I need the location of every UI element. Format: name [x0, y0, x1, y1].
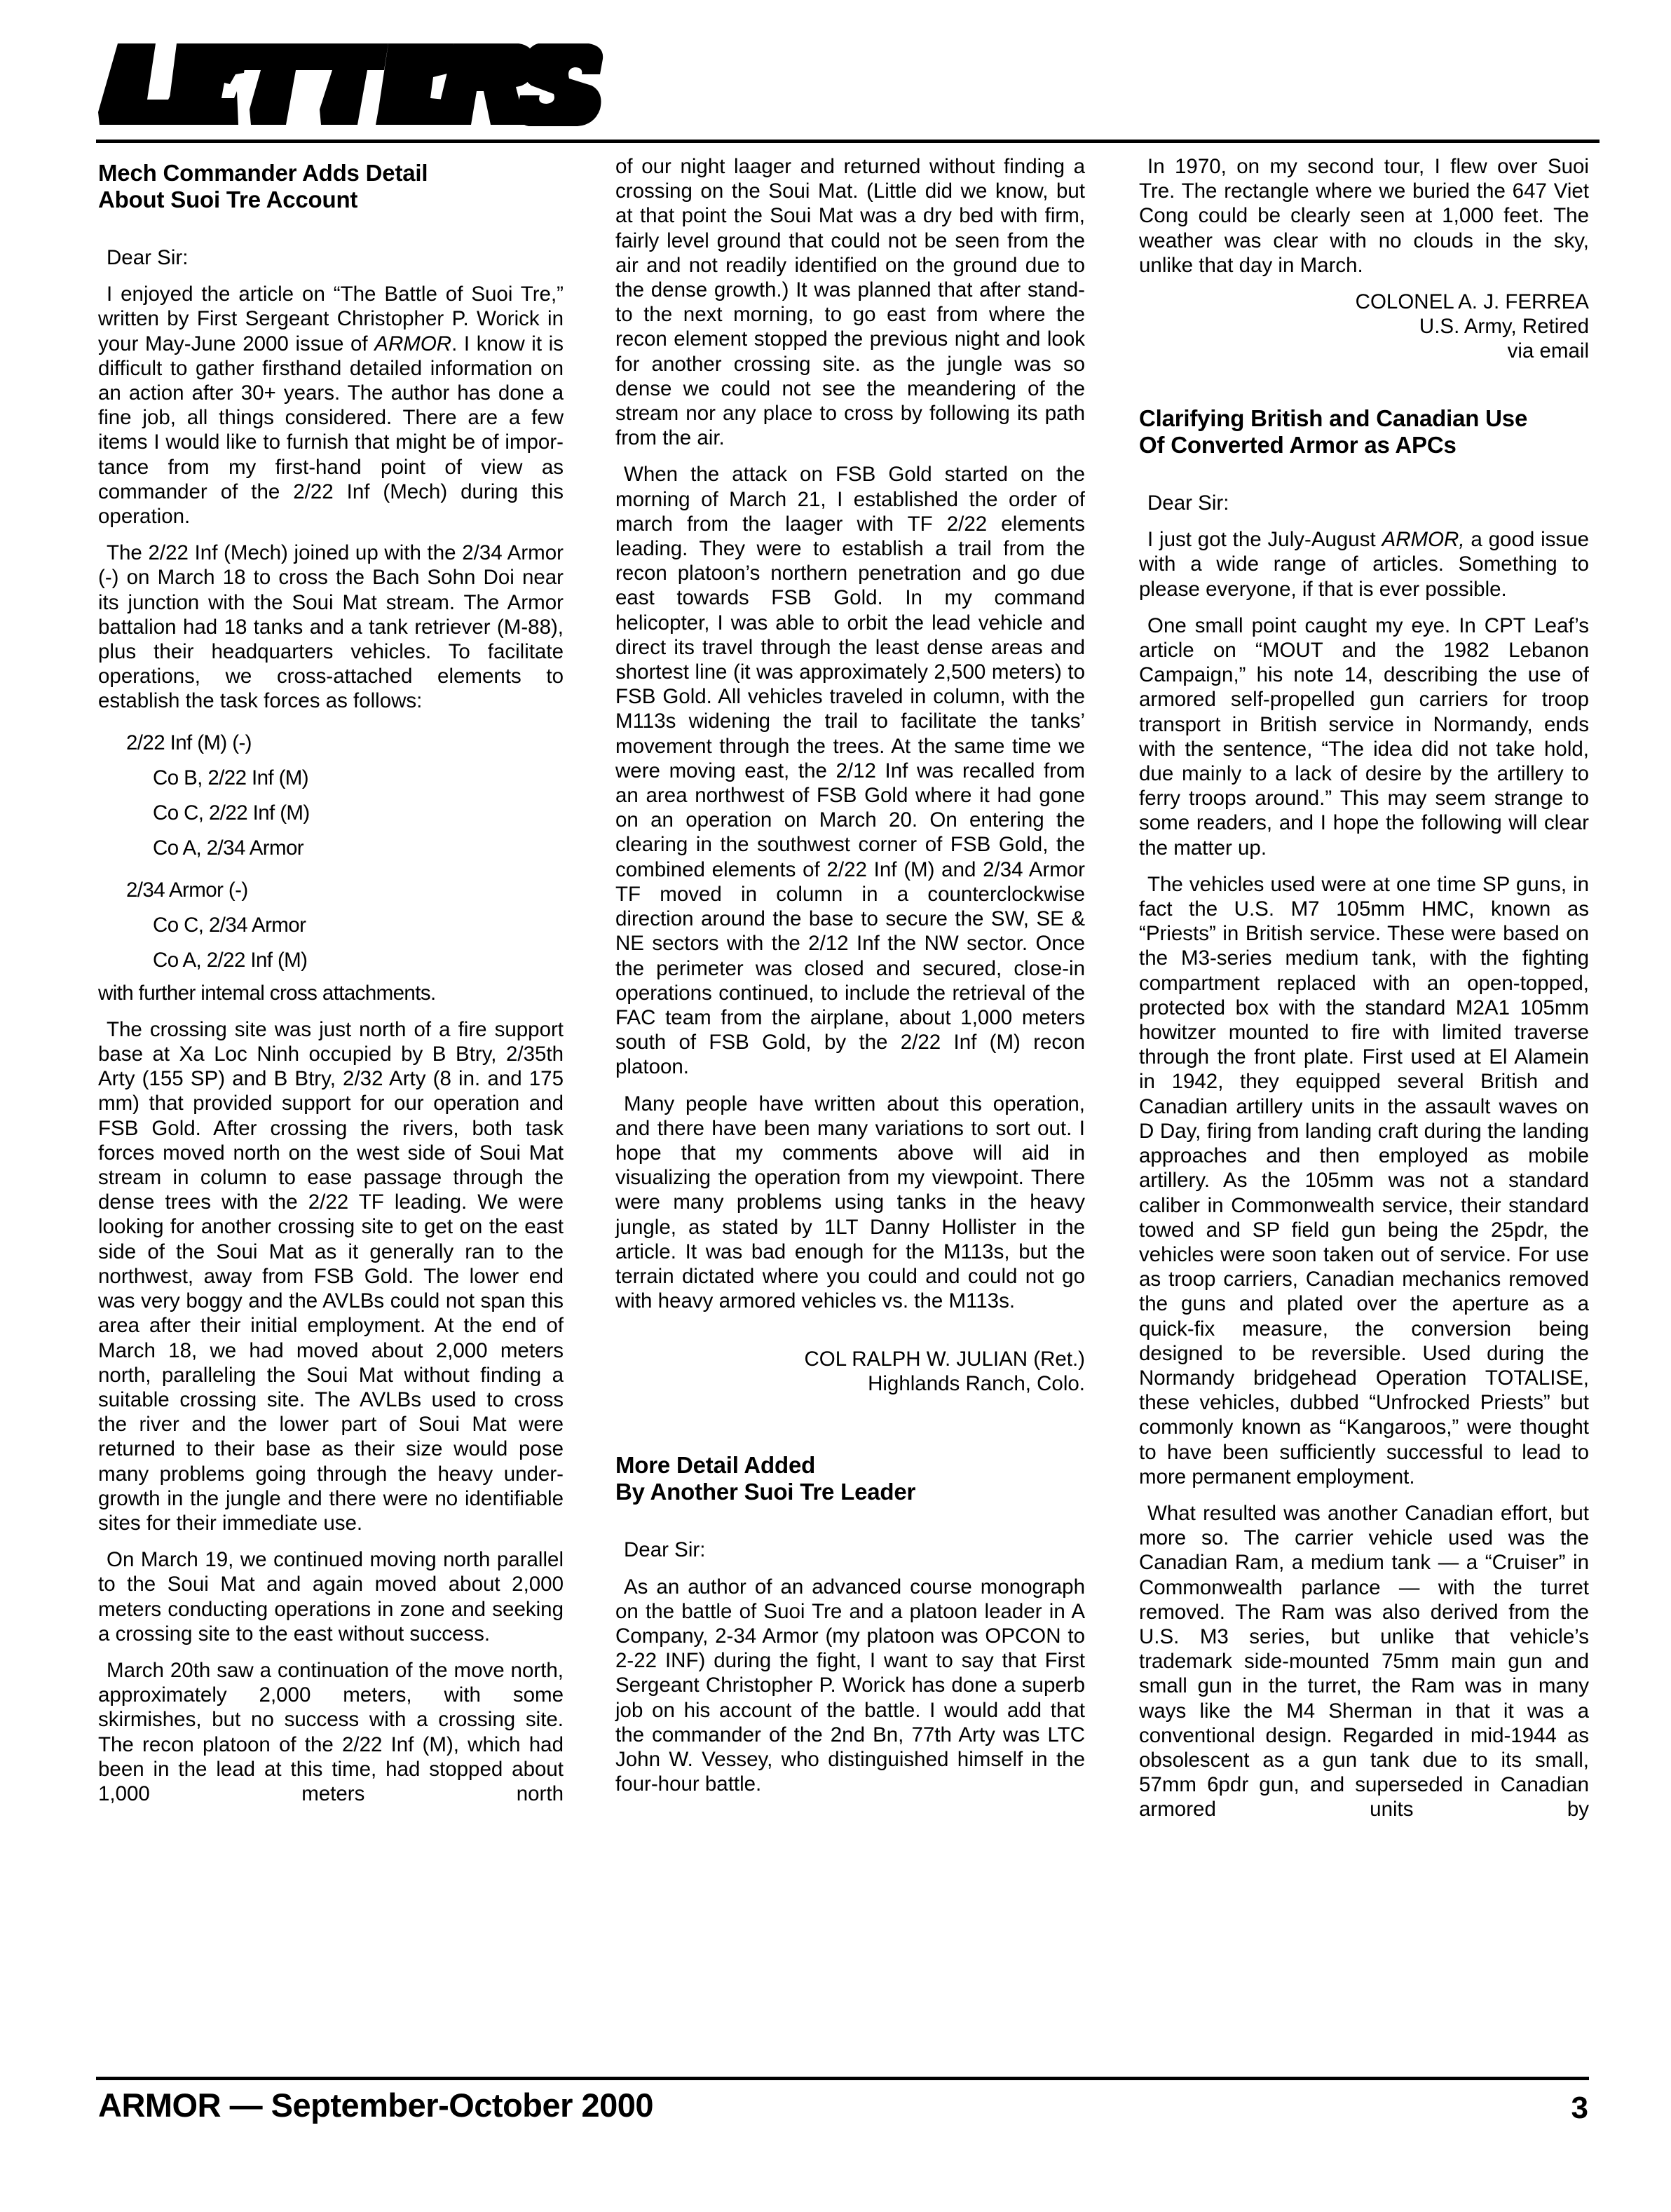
- letter-1-headline-line-1: Mech Commander Adds Detail: [98, 160, 564, 186]
- task-force-element: Co C, 2/34 Armor: [98, 908, 564, 943]
- task-force-list-footnote: with further intemal cross attachments.: [98, 981, 564, 1005]
- letter-3-headline-line-2: Of Converted Armor as APCs: [1139, 432, 1589, 459]
- magazine-title-italic: ARMOR: [374, 332, 451, 355]
- signature-via: via email: [1139, 339, 1589, 363]
- letter-2-headline: More Detail Added By Another Suoi Tre Le…: [615, 1452, 1085, 1505]
- task-force-element: Co B, 2/22 Inf (M): [98, 761, 564, 796]
- signature-name: COL RALPH W. JULIAN (Ret.): [615, 1347, 1085, 1371]
- column-1: Mech Commander Adds Detail About Suoi Tr…: [98, 160, 564, 1818]
- letter-1-headline-line-2: About Suoi Tre Account: [98, 186, 564, 213]
- letter-3-paragraph-1: I just got the July-August ARMOR, a good…: [1139, 527, 1589, 602]
- letter-1-paragraph-7: Many people have written about this oper…: [615, 1092, 1085, 1314]
- letter-1-p1-rest: . I know it is difficult to gather first…: [98, 332, 564, 528]
- task-force-element: Co A, 2/22 Inf (M): [98, 943, 564, 978]
- page-number: 3: [1571, 2091, 1588, 2126]
- magazine-title-italic: ARMOR,: [1382, 528, 1465, 551]
- letter-1-paragraph-1: I enjoyed the article on “The Battle of …: [98, 282, 564, 529]
- letter-2-headline-line-2: By Another Suoi Tre Leader: [615, 1479, 1085, 1505]
- letter-3-headline: Clarifying British and Canadian Use Of C…: [1139, 405, 1589, 459]
- task-force-name: 2/22 Inf (M) (-): [98, 726, 564, 761]
- column-3: In 1970, on my second tour, I flew over …: [1139, 154, 1589, 1834]
- letter-1-salutation: Dear Sir:: [98, 245, 564, 270]
- task-force-name: 2/34 Armor (-): [98, 873, 564, 908]
- letter-3-paragraph-3: The vehicles used were at one time SP gu…: [1139, 872, 1589, 1489]
- letter-3-paragraph-2: One small point caught my eye. In CPT Le…: [1139, 613, 1589, 860]
- letter-1-paragraph-3: The crossing site was just north of a fi…: [98, 1017, 564, 1535]
- letter-1-paragraph-5-start: March 20th saw a continuation of the mov…: [98, 1658, 564, 1806]
- footer-rule: [96, 2077, 1589, 2080]
- letter-3-salutation: Dear Sir:: [1139, 491, 1589, 515]
- letter-3-paragraph-4: What resulted was another Canadian effor…: [1139, 1501, 1589, 1822]
- column-2: of our night laager and returned without…: [615, 154, 1085, 1808]
- letter-2-headline-line-1: More Detail Added: [615, 1452, 1085, 1479]
- letter-3-p1-start: I just got the July-August: [1147, 528, 1382, 551]
- task-force-element: Co C, 2/22 Inf (M): [98, 796, 564, 831]
- letter-2-salutation: Dear Sir:: [615, 1538, 1085, 1562]
- letter-1-headline: Mech Commander Adds Detail About Suoi Tr…: [98, 160, 564, 213]
- letter-2-signature: COLONEL A. J. FERREA U.S. Army, Retired …: [1139, 290, 1589, 363]
- footer-publication: ARMOR — September-October 2000: [98, 2087, 653, 2124]
- letter-1-paragraph-4: On March 19, we continued moving north p…: [98, 1547, 564, 1646]
- letter-3-headline-line-1: Clarifying British and Canadian Use: [1139, 405, 1589, 432]
- header-rule: [96, 140, 1600, 143]
- letter-1-signature: COL RALPH W. JULIAN (Ret.) Highlands Ran…: [615, 1347, 1085, 1396]
- signature-affiliation: U.S. Army, Retired: [1139, 314, 1589, 339]
- letter-2-paragraph-1: As an author of an advanced course mono­…: [615, 1575, 1085, 1797]
- signature-name: COLONEL A. J. FERREA: [1139, 290, 1589, 314]
- task-force-list: 2/22 Inf (M) (-) Co B, 2/22 Inf (M) Co C…: [98, 726, 564, 978]
- task-force-element: Co A, 2/34 Armor: [98, 831, 564, 866]
- letter-1-paragraph-6: When the attack on FSB Gold started on t…: [615, 462, 1085, 1079]
- letter-1-paragraph-5-cont: of our night laager and returned without…: [615, 154, 1085, 450]
- letter-1-paragraph-2: The 2/22 Inf (Mech) joined up with the 2…: [98, 541, 564, 713]
- letter-2-paragraph-2: In 1970, on my second tour, I flew over …: [1139, 154, 1589, 278]
- letters-section-logo: LETTERS: [98, 42, 606, 128]
- signature-location: Highlands Ranch, Colo.: [615, 1371, 1085, 1396]
